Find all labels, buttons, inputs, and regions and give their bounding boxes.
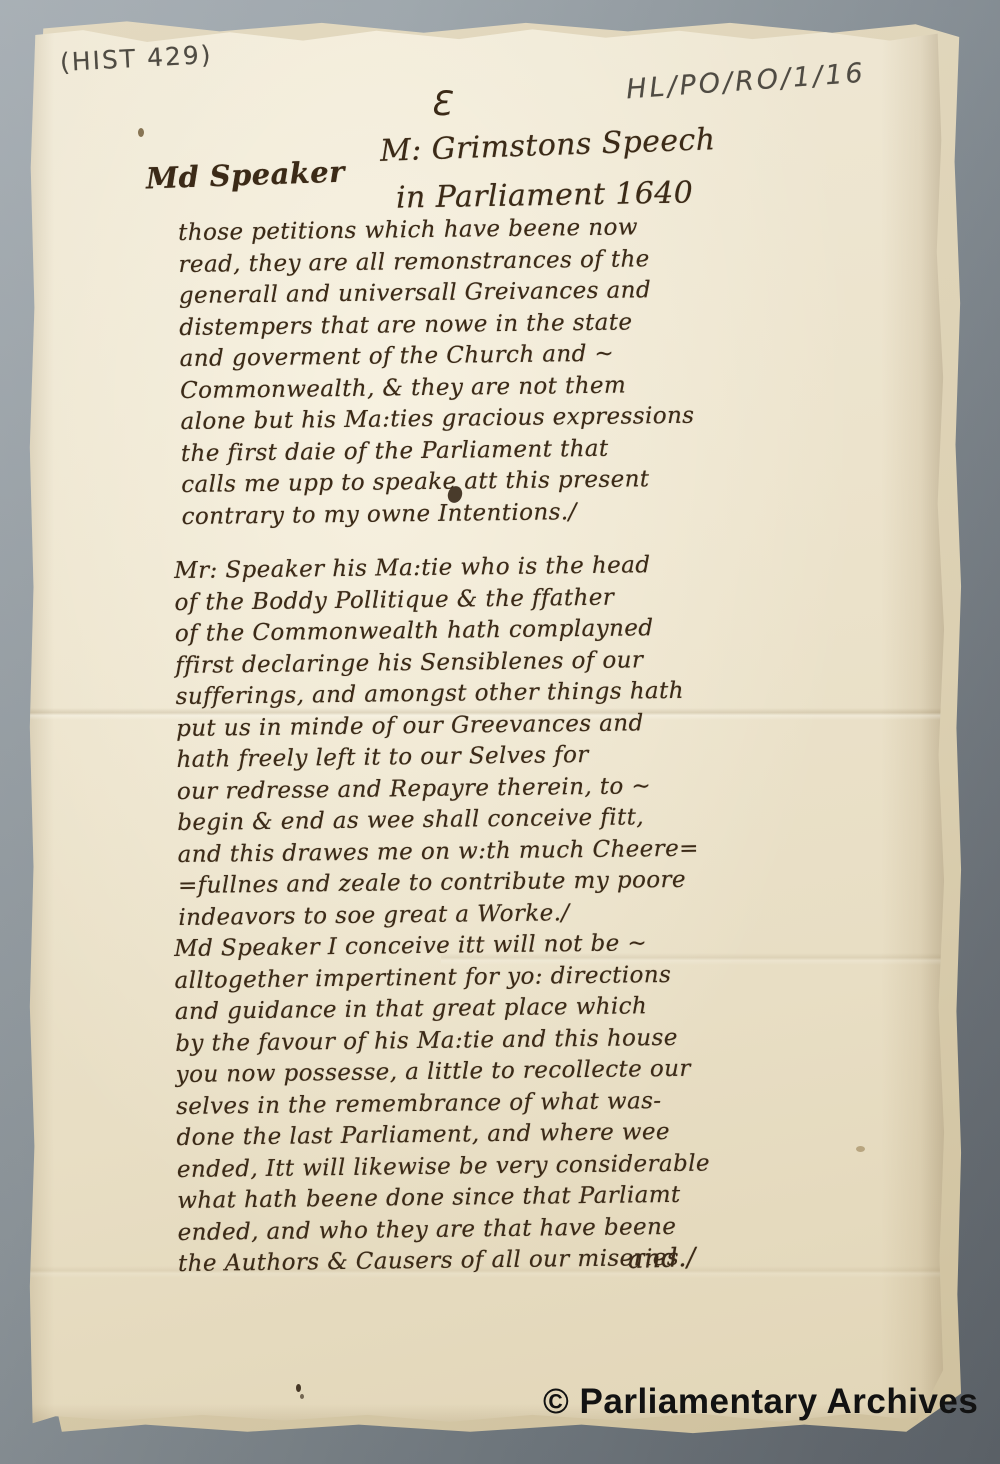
title-line-1: M: Grimstons Speech (379, 122, 715, 169)
manuscript-line: =fullnes and zeale to contribute my poor… (178, 865, 700, 903)
manuscript-line: contrary to my owne Intentions./ (181, 495, 695, 533)
manuscript-line: distempers that are nowe in the state (179, 306, 693, 344)
paper-stain (856, 1146, 865, 1152)
salutation: Md Speaker (145, 155, 345, 196)
manuscript-line: Mr: Speaker his Ma:tie who is the head (174, 550, 696, 588)
flourish-mark: Ɛ (430, 84, 451, 124)
paragraph-1: those petitions which have beene nowread… (178, 212, 696, 533)
paper-left-edge-shadow (28, 28, 54, 1426)
ink-speck (138, 128, 144, 137)
title-line-2: in Parliament 1640 (396, 175, 694, 215)
manuscript-page: (HIST 429) HL/PO/RO/1/16 Ɛ M: Grimstons … (28, 28, 945, 1426)
archive-reference: HL/PO/RO/1/16 (625, 58, 866, 106)
paper-right-edge-shadow (881, 28, 945, 1426)
paragraph-3: Md Speaker I conceive itt will not be ~a… (174, 927, 711, 1280)
ink-blot (296, 1384, 301, 1392)
manuscript-line: calls me upp to speake att this present (181, 464, 695, 502)
paragraph-2: Mr: Speaker his Ma:tie who is the headof… (174, 550, 700, 934)
ink-blot (300, 1394, 304, 1399)
manuscript-line: put us in minde of our Greevances and (176, 707, 698, 745)
photo-background: (HIST 429) HL/PO/RO/1/16 Ɛ M: Grimstons … (0, 0, 1000, 1464)
manuscript-line: alone but his Ma:ties gracious expressio… (180, 401, 694, 439)
closing-word: and./ (627, 1243, 696, 1275)
catalog-note: (HIST 429) (59, 40, 213, 77)
copyright-watermark: © Parliamentary Archives (543, 1382, 978, 1422)
